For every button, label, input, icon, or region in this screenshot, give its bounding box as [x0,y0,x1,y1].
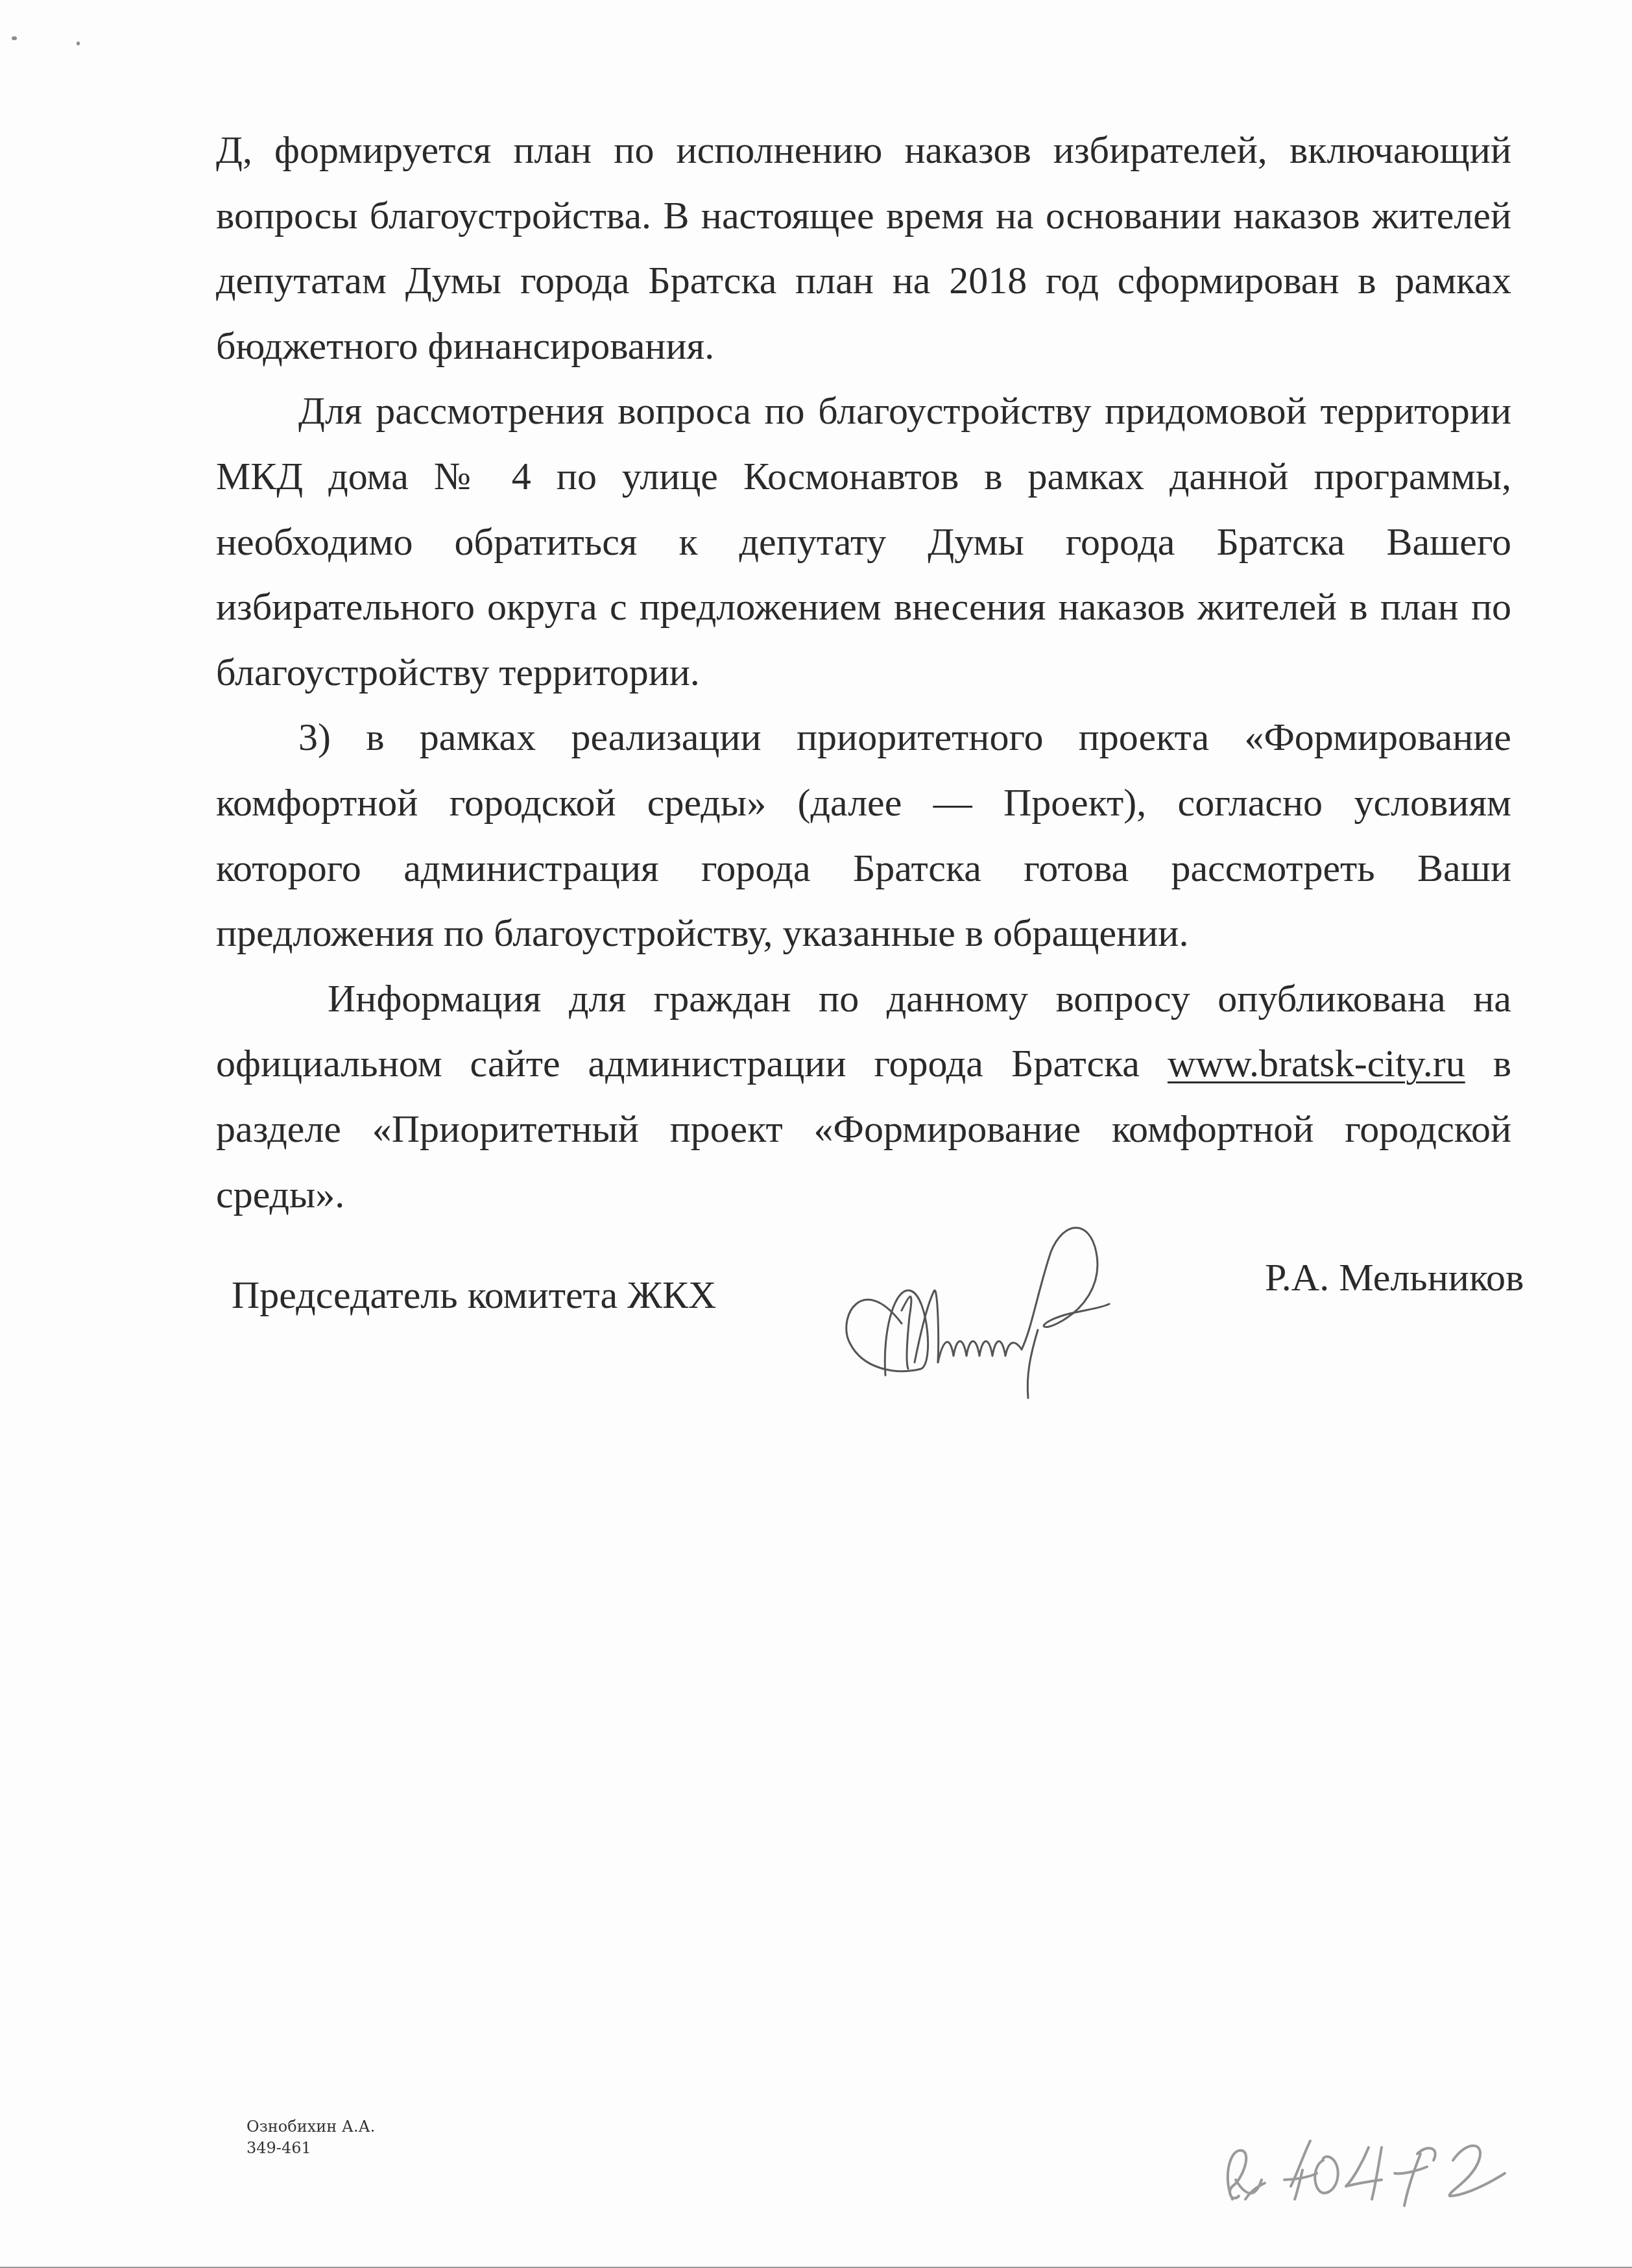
executor-name: Ознобихин А.А. [246,2116,375,2138]
paragraph-deputy-request: Для рассмотрения вопроса по благоустройс… [216,378,1511,705]
paragraph-budget-plan: Д, формируется план по исполнению наказо… [216,117,1511,378]
handwritten-registration-number-icon [1219,2134,1511,2212]
paragraph-project-item-3: 3) в рамках реализации приоритетного про… [216,705,1511,965]
executor-info: Ознобихин А.А. 349-461 [246,2116,375,2159]
paragraph-information: Информация для граждан по данному вопрос… [216,966,1511,1227]
executor-phone: 349-461 [246,2138,375,2159]
website-link[interactable]: www.bratsk-city.ru [1168,1042,1465,1085]
handwritten-signature-icon [824,1213,1278,1401]
signatory-name: Р.А. Мельников [1265,1254,1524,1301]
scan-speck [12,36,17,40]
letter-body: Д, формируется план по исполнению наказо… [216,117,1511,1227]
scan-speck [77,42,80,45]
signatory-position: Председатель комитета ЖКХ [232,1272,716,1318]
